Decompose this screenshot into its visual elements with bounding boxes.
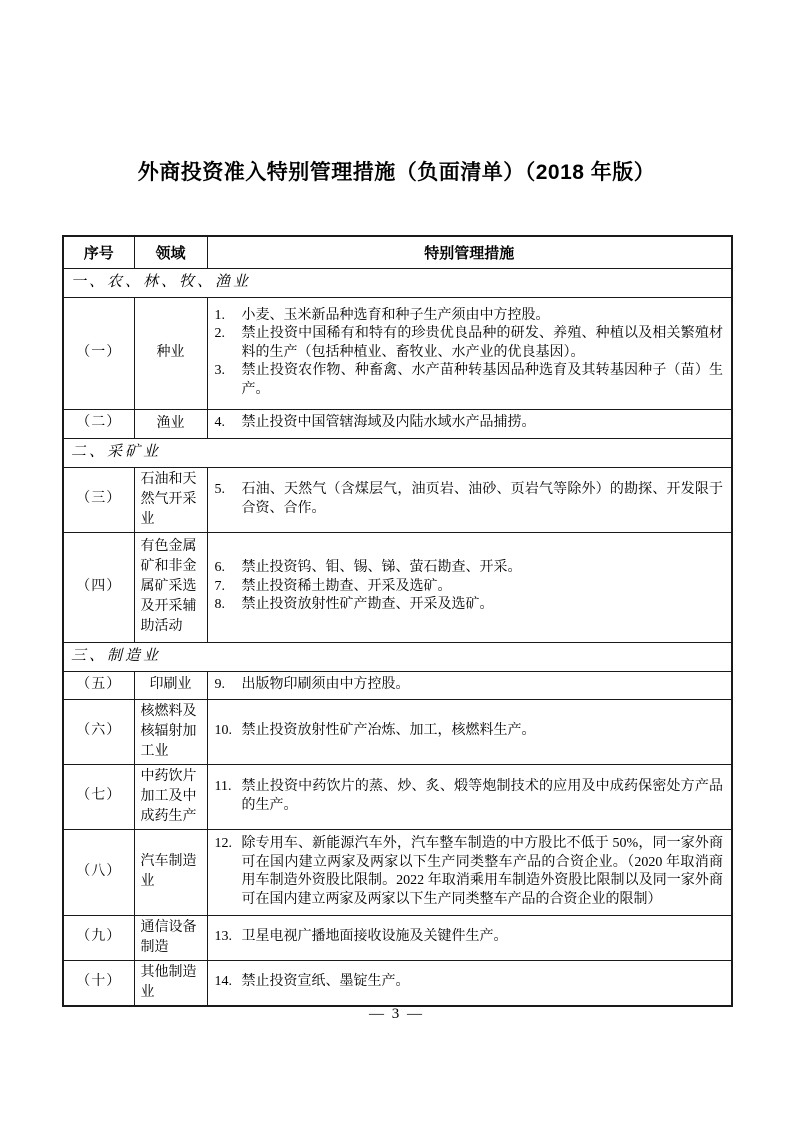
table-row-other-manufacturing: （十） 其他制造业 14. 禁止投资宣纸、墨锭生产。	[63, 960, 732, 1006]
measure-item: 1. 小麦、玉米新品种选育和种子生产须由中方控股。	[215, 307, 724, 326]
row-number-cell: （八）	[63, 829, 134, 915]
measure-number: 7.	[215, 578, 242, 597]
measures-cell: 4. 禁止投资中国管辖海域及内陆水域水产品捕捞。	[207, 409, 732, 438]
measure-item: 8. 禁止投资放射性矿产勘查、开采及选矿。	[215, 596, 724, 615]
measure-text: 除专用车、新能源汽车外，汽车整车制造的中方股比不低于 50%，同一家外商可在国内…	[242, 835, 724, 909]
measure-number: 1.	[215, 307, 242, 326]
measure-text: 禁止投资放射性矿产冶炼、加工，核燃料生产。	[242, 722, 724, 741]
measures-cell: 11. 禁止投资中药饮片的蒸、炒、炙、煅等炮制技术的应用及中成药保密处方产品的生…	[207, 764, 732, 829]
measure-text: 禁止投资稀土勘查、开采及选矿。	[242, 578, 724, 597]
page-title: 外商投资准入特别管理措施（负面清单）（2018 年版）	[0, 156, 793, 186]
measure-number: 13.	[215, 928, 242, 947]
field-cell: 渔业	[134, 409, 207, 438]
section-title: 一、农、林、牧、渔业	[63, 268, 732, 297]
measure-item: 7. 禁止投资稀土勘查、开采及选矿。	[215, 578, 724, 597]
field-cell: 其他制造业	[134, 960, 207, 1006]
field-cell: 中药饮片加工及中成药生产	[134, 764, 207, 829]
measure-number: 12.	[215, 835, 242, 854]
row-number-cell: （二）	[63, 409, 134, 438]
measure-number: 2.	[215, 325, 242, 344]
table-row-printing: （五） 印刷业 9. 出版物印刷须由中方控股。	[63, 671, 732, 699]
measure-number: 14.	[215, 973, 242, 992]
document-page: { "page": { "title": "外商投资准入特别管理措施（负面清单）…	[0, 0, 793, 1122]
measure-text: 禁止投资钨、钼、锡、锑、萤石勘查、开采。	[242, 559, 724, 578]
field-cell: 石油和天然气开采业	[134, 467, 207, 532]
field-cell: 核燃料及核辐射加工业	[134, 699, 207, 764]
measure-text: 出版物印刷须由中方控股。	[242, 676, 724, 695]
table-row-seed-industry: （一） 种业 1. 小麦、玉米新品种选育和种子生产须由中方控股。 2. 禁止投资…	[63, 297, 732, 409]
table-row-communication-equipment: （九） 通信设备制造 13. 卫星电视广播地面接收设施及关键件生产。	[63, 915, 732, 960]
measure-number: 11.	[215, 778, 242, 797]
measure-text: 石油、天然气（含煤层气，油页岩、油砂、页岩气等除外）的勘探、开发限于合资、合作。	[242, 481, 724, 518]
row-number-cell: （十）	[63, 960, 134, 1006]
field-cell: 种业	[134, 297, 207, 409]
row-number-cell: （七）	[63, 764, 134, 829]
measure-item: 11. 禁止投资中药饮片的蒸、炒、炙、煅等炮制技术的应用及中成药保密处方产品的生…	[215, 778, 724, 815]
header-col-measures: 特别管理措施	[207, 236, 732, 268]
section-row-mining: 二、采矿业	[63, 438, 732, 467]
measure-number: 4.	[215, 414, 242, 433]
measure-number: 3.	[215, 362, 242, 381]
table-row-oil-gas: （三） 石油和天然气开采业 5. 石油、天然气（含煤层气，油页岩、油砂、页岩气等…	[63, 467, 732, 532]
row-number-cell: （四）	[63, 532, 134, 642]
measure-item: 6. 禁止投资钨、钼、锡、锑、萤石勘查、开采。	[215, 559, 724, 578]
table-row-nonferrous-mining: （四） 有色金属矿和非金属矿采选及开采辅助活动 6. 禁止投资钨、钼、锡、锑、萤…	[63, 532, 732, 642]
measure-text: 禁止投资中药饮片的蒸、炒、炙、煅等炮制技术的应用及中成药保密处方产品的生产。	[242, 778, 724, 815]
measures-cell: 9. 出版物印刷须由中方控股。	[207, 671, 732, 699]
table-row-fishery: （二） 渔业 4. 禁止投资中国管辖海域及内陆水域水产品捕捞。	[63, 409, 732, 438]
measures-cell: 6. 禁止投资钨、钼、锡、锑、萤石勘查、开采。 7. 禁止投资稀土勘查、开采及选…	[207, 532, 732, 642]
section-title: 三、制造业	[63, 642, 732, 671]
measure-text: 禁止投资中国管辖海域及内陆水域水产品捕捞。	[242, 414, 724, 433]
field-cell: 通信设备制造	[134, 915, 207, 960]
measure-number: 9.	[215, 676, 242, 695]
section-row-agriculture: 一、农、林、牧、渔业	[63, 268, 732, 297]
header-col-number: 序号	[63, 236, 134, 268]
measure-item: 12. 除专用车、新能源汽车外，汽车整车制造的中方股比不低于 50%，同一家外商…	[215, 835, 724, 909]
table-row-nuclear-fuel: （六） 核燃料及核辐射加工业 10. 禁止投资放射性矿产冶炼、加工，核燃料生产。	[63, 699, 732, 764]
row-number-cell: （三）	[63, 467, 134, 532]
table-header-row: 序号 领域 特别管理措施	[63, 236, 732, 268]
field-cell: 有色金属矿和非金属矿采选及开采辅助活动	[134, 532, 207, 642]
measure-text: 卫星电视广播地面接收设施及关键件生产。	[242, 928, 724, 947]
section-title: 二、采矿业	[63, 438, 732, 467]
field-cell: 印刷业	[134, 671, 207, 699]
measure-item: 5. 石油、天然气（含煤层气，油页岩、油砂、页岩气等除外）的勘探、开发限于合资、…	[215, 481, 724, 518]
measure-item: 9. 出版物印刷须由中方控股。	[215, 676, 724, 695]
measures-cell: 12. 除专用车、新能源汽车外，汽车整车制造的中方股比不低于 50%，同一家外商…	[207, 829, 732, 915]
table-row-tcm: （七） 中药饮片加工及中成药生产 11. 禁止投资中药饮片的蒸、炒、炙、煅等炮制…	[63, 764, 732, 829]
measures-cell: 14. 禁止投资宣纸、墨锭生产。	[207, 960, 732, 1006]
measure-item: 3. 禁止投资农作物、种畜禽、水产苗种转基因品种选育及其转基因种子（苗）生产。	[215, 362, 724, 399]
row-number-cell: （五）	[63, 671, 134, 699]
measure-text: 禁止投资宣纸、墨锭生产。	[242, 973, 724, 992]
row-number-cell: （九）	[63, 915, 134, 960]
page-number: — 3 —	[0, 1006, 793, 1023]
measure-item: 4. 禁止投资中国管辖海域及内陆水域水产品捕捞。	[215, 414, 724, 433]
measures-cell: 13. 卫星电视广播地面接收设施及关键件生产。	[207, 915, 732, 960]
table-row-automobile: （八） 汽车制造业 12. 除专用车、新能源汽车外，汽车整车制造的中方股比不低于…	[63, 829, 732, 915]
measure-number: 5.	[215, 481, 242, 500]
measure-item: 10. 禁止投资放射性矿产冶炼、加工，核燃料生产。	[215, 722, 724, 741]
measures-cell: 1. 小麦、玉米新品种选育和种子生产须由中方控股。 2. 禁止投资中国稀有和特有…	[207, 297, 732, 409]
row-number-cell: （六）	[63, 699, 134, 764]
measure-number: 6.	[215, 559, 242, 578]
measure-text: 禁止投资中国稀有和特有的珍贵优良品种的研发、养殖、种植以及相关繁殖材料的生产（包…	[242, 325, 724, 362]
negative-list-table: 序号 领域 特别管理措施 一、农、林、牧、渔业 （一） 种业 1. 小麦、玉米新…	[62, 235, 733, 1007]
measures-cell: 10. 禁止投资放射性矿产冶炼、加工，核燃料生产。	[207, 699, 732, 764]
field-cell: 汽车制造业	[134, 829, 207, 915]
measures-cell: 5. 石油、天然气（含煤层气，油页岩、油砂、页岩气等除外）的勘探、开发限于合资、…	[207, 467, 732, 532]
measure-item: 2. 禁止投资中国稀有和特有的珍贵优良品种的研发、养殖、种植以及相关繁殖材料的生…	[215, 325, 724, 362]
measure-item: 13. 卫星电视广播地面接收设施及关键件生产。	[215, 928, 724, 947]
measure-text: 小麦、玉米新品种选育和种子生产须由中方控股。	[242, 307, 724, 326]
measure-text: 禁止投资农作物、种畜禽、水产苗种转基因品种选育及其转基因种子（苗）生产。	[242, 362, 724, 399]
measure-number: 10.	[215, 722, 242, 741]
row-number-cell: （一）	[63, 297, 134, 409]
measure-item: 14. 禁止投资宣纸、墨锭生产。	[215, 973, 724, 992]
header-col-field: 领域	[134, 236, 207, 268]
section-row-manufacturing: 三、制造业	[63, 642, 732, 671]
measure-text: 禁止投资放射性矿产勘查、开采及选矿。	[242, 596, 724, 615]
measure-number: 8.	[215, 596, 242, 615]
